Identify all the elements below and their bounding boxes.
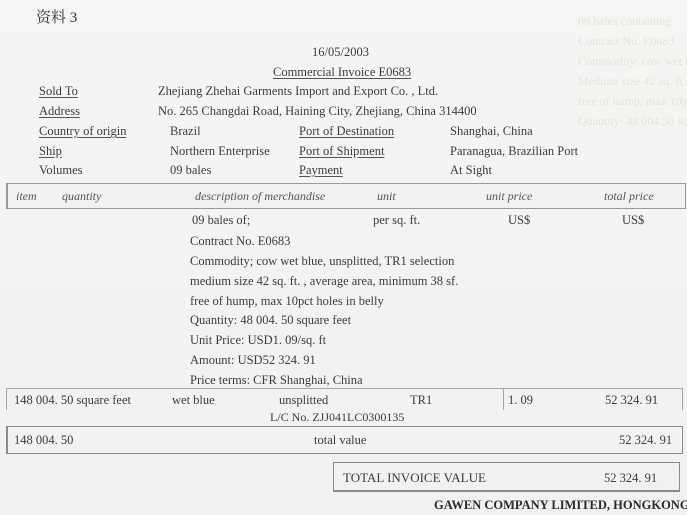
item-quantity: 148 004. 50 square feet [14, 392, 131, 408]
issuer-name: GAWEN COMPANY LIMITED, HONGKONG [434, 497, 687, 513]
total-value-row: 148 004. 50 total value 52 324. 91 [6, 426, 683, 454]
lc-number: L/C No. ZJJ041LC0300135 [270, 409, 404, 425]
country-of-origin-value: Brazil [170, 123, 201, 139]
column-header-item: item [16, 189, 37, 204]
column-header-total-price: total price [604, 189, 654, 204]
row-divider [503, 388, 504, 410]
row-divider [6, 388, 683, 389]
item-total: 52 324. 91 [605, 392, 658, 408]
column-header-unit: unit [377, 189, 396, 204]
volumes-label: Volumes [39, 162, 83, 178]
invoice-date: 16/05/2003 [312, 44, 369, 60]
port-of-destination-label: Port of Destination [299, 123, 394, 139]
description-line: Price terms: CFR Shanghai, China [190, 372, 363, 388]
bleed-through-text: Medium size 42 sq. ft., average area, mi… [578, 74, 687, 89]
item-split: unsplitted [279, 392, 328, 408]
volumes-value: 09 bales [170, 162, 211, 178]
total-invoice-value-amount: 52 324. 91 [604, 470, 657, 486]
document-label: 资料 3 [36, 6, 77, 27]
address-label: Address [39, 103, 80, 119]
description-line: Quantity: 48 004. 50 square feet [190, 312, 351, 328]
bleed-through-text: 09 bales containing [578, 14, 671, 29]
description-line: free of hump, max 10pct holes in belly [190, 293, 384, 309]
description-line: medium size 42 sq. ft. , average area, m… [190, 273, 458, 289]
row-divider [6, 388, 7, 410]
invoice-title: Commercial Invoice E0683 [273, 64, 411, 80]
payment-label: Payment [299, 162, 343, 178]
description-line: Amount: USD52 324. 91 [190, 352, 316, 368]
column-header-unit-price: unit price [486, 189, 532, 204]
bleed-through-text: free of hump, max 10pct holes in belly [578, 94, 687, 109]
ship-label: Ship [39, 143, 62, 159]
invoice-page: 09 bales containing Contract No. E0683 C… [0, 0, 687, 515]
item-unit-price: 1. 09 [508, 392, 533, 408]
column-header-quantity: quantity [62, 189, 101, 204]
total-quantity: 148 004. 50 [14, 432, 73, 448]
country-of-origin-label: Country of origin [39, 123, 127, 139]
unit-price-currency: US$ [508, 212, 530, 228]
sold-to-value: Zhejiang Zhehai Garments Import and Expo… [158, 83, 438, 99]
payment-value: At Sight [450, 162, 492, 178]
port-of-destination-value: Shanghai, China [450, 123, 533, 139]
port-of-shipment-value: Paranagua, Brazilian Port [450, 143, 578, 159]
table-header: item quantity description of merchandise… [6, 183, 686, 209]
description-line: Contract No. E0683 [190, 233, 290, 249]
ship-value: Northern Enterprise [170, 143, 270, 159]
description-line: Commodity; cow wet blue, unsplitted, TR1… [190, 253, 454, 269]
item-type: wet blue [172, 392, 215, 408]
total-invoice-value-label: TOTAL INVOICE VALUE [343, 470, 486, 486]
total-value-label: total value [314, 432, 366, 448]
bleed-through-text: Contract No. E0683 [578, 34, 674, 49]
bleed-through-text: Quantity: 48 004.50 square feet [578, 114, 687, 129]
port-of-shipment-label: Port of Shipment [299, 143, 384, 159]
unit-value: per sq. ft. [373, 212, 420, 228]
total-price-currency: US$ [622, 212, 644, 228]
description-intro: 09 bales of; [192, 212, 250, 228]
total-value-amount: 52 324. 91 [619, 432, 672, 448]
sold-to-label: Sold To [39, 83, 78, 99]
address-value: No. 265 Changdai Road, Haining City, Zhe… [158, 103, 477, 119]
bleed-through-text: Commodity: cow wet blue, unsplitted, TR1… [578, 54, 687, 69]
item-selection: TR1 [410, 392, 432, 408]
column-header-description: description of merchandise [195, 189, 325, 204]
description-line: Unit Price: USD1. 09/sq. ft [190, 332, 326, 348]
total-invoice-value-box: TOTAL INVOICE VALUE 52 324. 91 [333, 462, 680, 492]
row-divider [682, 388, 683, 410]
